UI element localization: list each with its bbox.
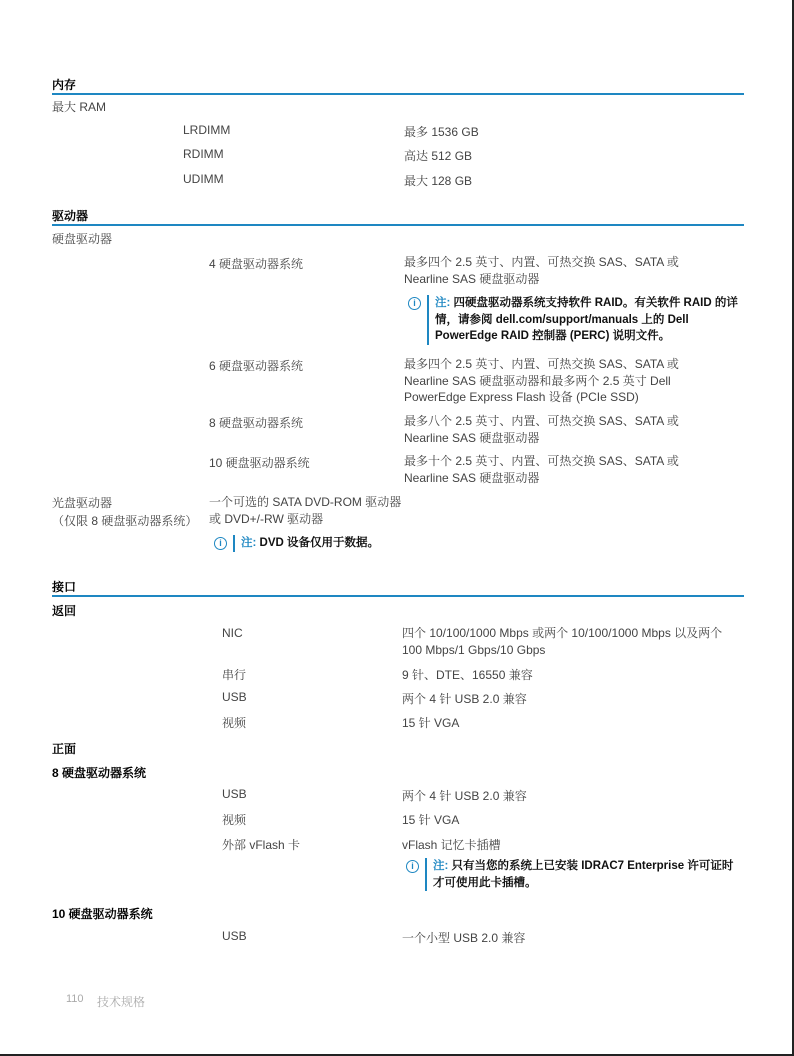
subsection-10hdd: 10 硬盘驱动器系统 xyxy=(52,905,153,922)
note-text: 注: DVD 设备仅用于数据。 xyxy=(241,535,379,552)
section-divider xyxy=(52,93,744,95)
note-body: 四硬盘驱动器系统支持软件 RAID。有关软件 RAID 的详情，请参阅 dell… xyxy=(435,297,738,342)
memory-row-value: 最多 1536 GB xyxy=(404,123,479,140)
note-bar xyxy=(233,535,235,552)
note-text: 注: 四硬盘驱动器系统支持软件 RAID。有关软件 RAID 的详情，请参阅 d… xyxy=(435,295,738,345)
memory-row-value: 最大 128 GB xyxy=(404,172,472,189)
note-vflash: i 注: 只有当您的系统上已安装 IDRAC7 Enterprise 许可证时才… xyxy=(406,858,741,891)
drive-row-label: 6 硬盘驱动器系统 xyxy=(209,357,303,374)
drive-row-value: 最多十个 2.5 英寸、内置、可热交换 SAS、SATA 或 Nearline … xyxy=(404,453,724,486)
drive-row-label: 8 硬盘驱动器系统 xyxy=(209,414,303,431)
port-row-label: USB xyxy=(222,690,247,704)
subsection-8hdd: 8 硬盘驱动器系统 xyxy=(52,764,146,781)
subsection-back: 返回 xyxy=(52,602,76,619)
port-row-label: 外部 vFlash 卡 xyxy=(222,836,300,853)
port-row-value: 9 针、DTE、16550 兼容 xyxy=(402,666,533,683)
port-row-label: 串行 xyxy=(222,666,246,683)
note-bar xyxy=(425,858,427,891)
port-row-value: 四个 10/100/1000 Mbps 或两个 10/100/1000 Mbps… xyxy=(402,625,742,658)
port-row-label: 视频 xyxy=(222,714,246,731)
footer-section-title: 技术规格 xyxy=(97,993,145,1010)
page-number: 110 xyxy=(66,993,84,1005)
note-dvd: i 注: DVD 设备仅用于数据。 xyxy=(214,535,454,552)
drive-row-value: 最多八个 2.5 英寸、内置、可热交换 SAS、SATA 或 Nearline … xyxy=(404,413,724,446)
memory-row-value: 高达 512 GB xyxy=(404,147,472,164)
section-title-drives: 驱动器 xyxy=(52,207,88,224)
memory-row-label: RDIMM xyxy=(183,147,224,161)
port-row-value: 一个小型 USB 2.0 兼容 xyxy=(402,929,525,946)
drive-row-label: 10 硬盘驱动器系统 xyxy=(209,454,310,471)
section-title-memory: 内存 xyxy=(52,76,76,93)
note-bar xyxy=(427,295,429,345)
memory-row-label: UDIMM xyxy=(183,172,224,186)
optical-drive-sublabel: （仅限 8 硬盘驱动器系统） xyxy=(52,512,197,529)
port-row-value: 两个 4 针 USB 2.0 兼容 xyxy=(402,787,527,804)
port-row-label: USB xyxy=(222,929,247,943)
max-ram-label: 最大 RAM xyxy=(52,98,106,115)
section-divider xyxy=(52,595,744,597)
port-row-value: 15 针 VGA xyxy=(402,714,459,731)
port-row-label: NIC xyxy=(222,626,243,640)
note-body: 只有当您的系统上已安装 IDRAC7 Enterprise 许可证时才可使用此卡… xyxy=(433,860,733,889)
port-row-value: 两个 4 针 USB 2.0 兼容 xyxy=(402,690,527,707)
port-row-value: vFlash 记忆卡插槽 xyxy=(402,836,501,853)
memory-row-label: LRDIMM xyxy=(183,123,230,137)
hdd-label: 硬盘驱动器 xyxy=(52,230,112,247)
section-divider xyxy=(52,224,744,226)
info-icon: i xyxy=(408,297,421,310)
section-title-ports: 接口 xyxy=(52,578,76,595)
note-body: DVD 设备仅用于数据。 xyxy=(256,537,379,549)
note-prefix: 注: xyxy=(435,297,450,309)
note-text: 注: 只有当您的系统上已安装 IDRAC7 Enterprise 许可证时才可使… xyxy=(433,858,741,891)
note-software-raid: i 注: 四硬盘驱动器系统支持软件 RAID。有关软件 RAID 的详情，请参阅… xyxy=(408,295,738,345)
port-row-label: 视频 xyxy=(222,811,246,828)
note-prefix: 注: xyxy=(433,860,448,872)
port-row-label: USB xyxy=(222,787,247,801)
info-icon: i xyxy=(214,537,227,550)
port-row-value: 15 针 VGA xyxy=(402,811,459,828)
drive-row-value: 最多四个 2.5 英寸、内置、可热交换 SAS、SATA 或 Nearline … xyxy=(404,254,724,287)
subsection-front: 正面 xyxy=(52,740,76,757)
note-prefix: 注: xyxy=(241,537,256,549)
drive-row-value: 最多四个 2.5 英寸、内置、可热交换 SAS、SATA 或 Nearline … xyxy=(404,356,724,406)
optical-drive-value: 一个可选的 SATA DVD-ROM 驱动器或 DVD+/-RW 驱动器 xyxy=(209,494,404,527)
info-icon: i xyxy=(406,860,419,873)
optical-drive-label: 光盘驱动器 xyxy=(52,494,112,511)
drive-row-label: 4 硬盘驱动器系统 xyxy=(209,255,303,272)
